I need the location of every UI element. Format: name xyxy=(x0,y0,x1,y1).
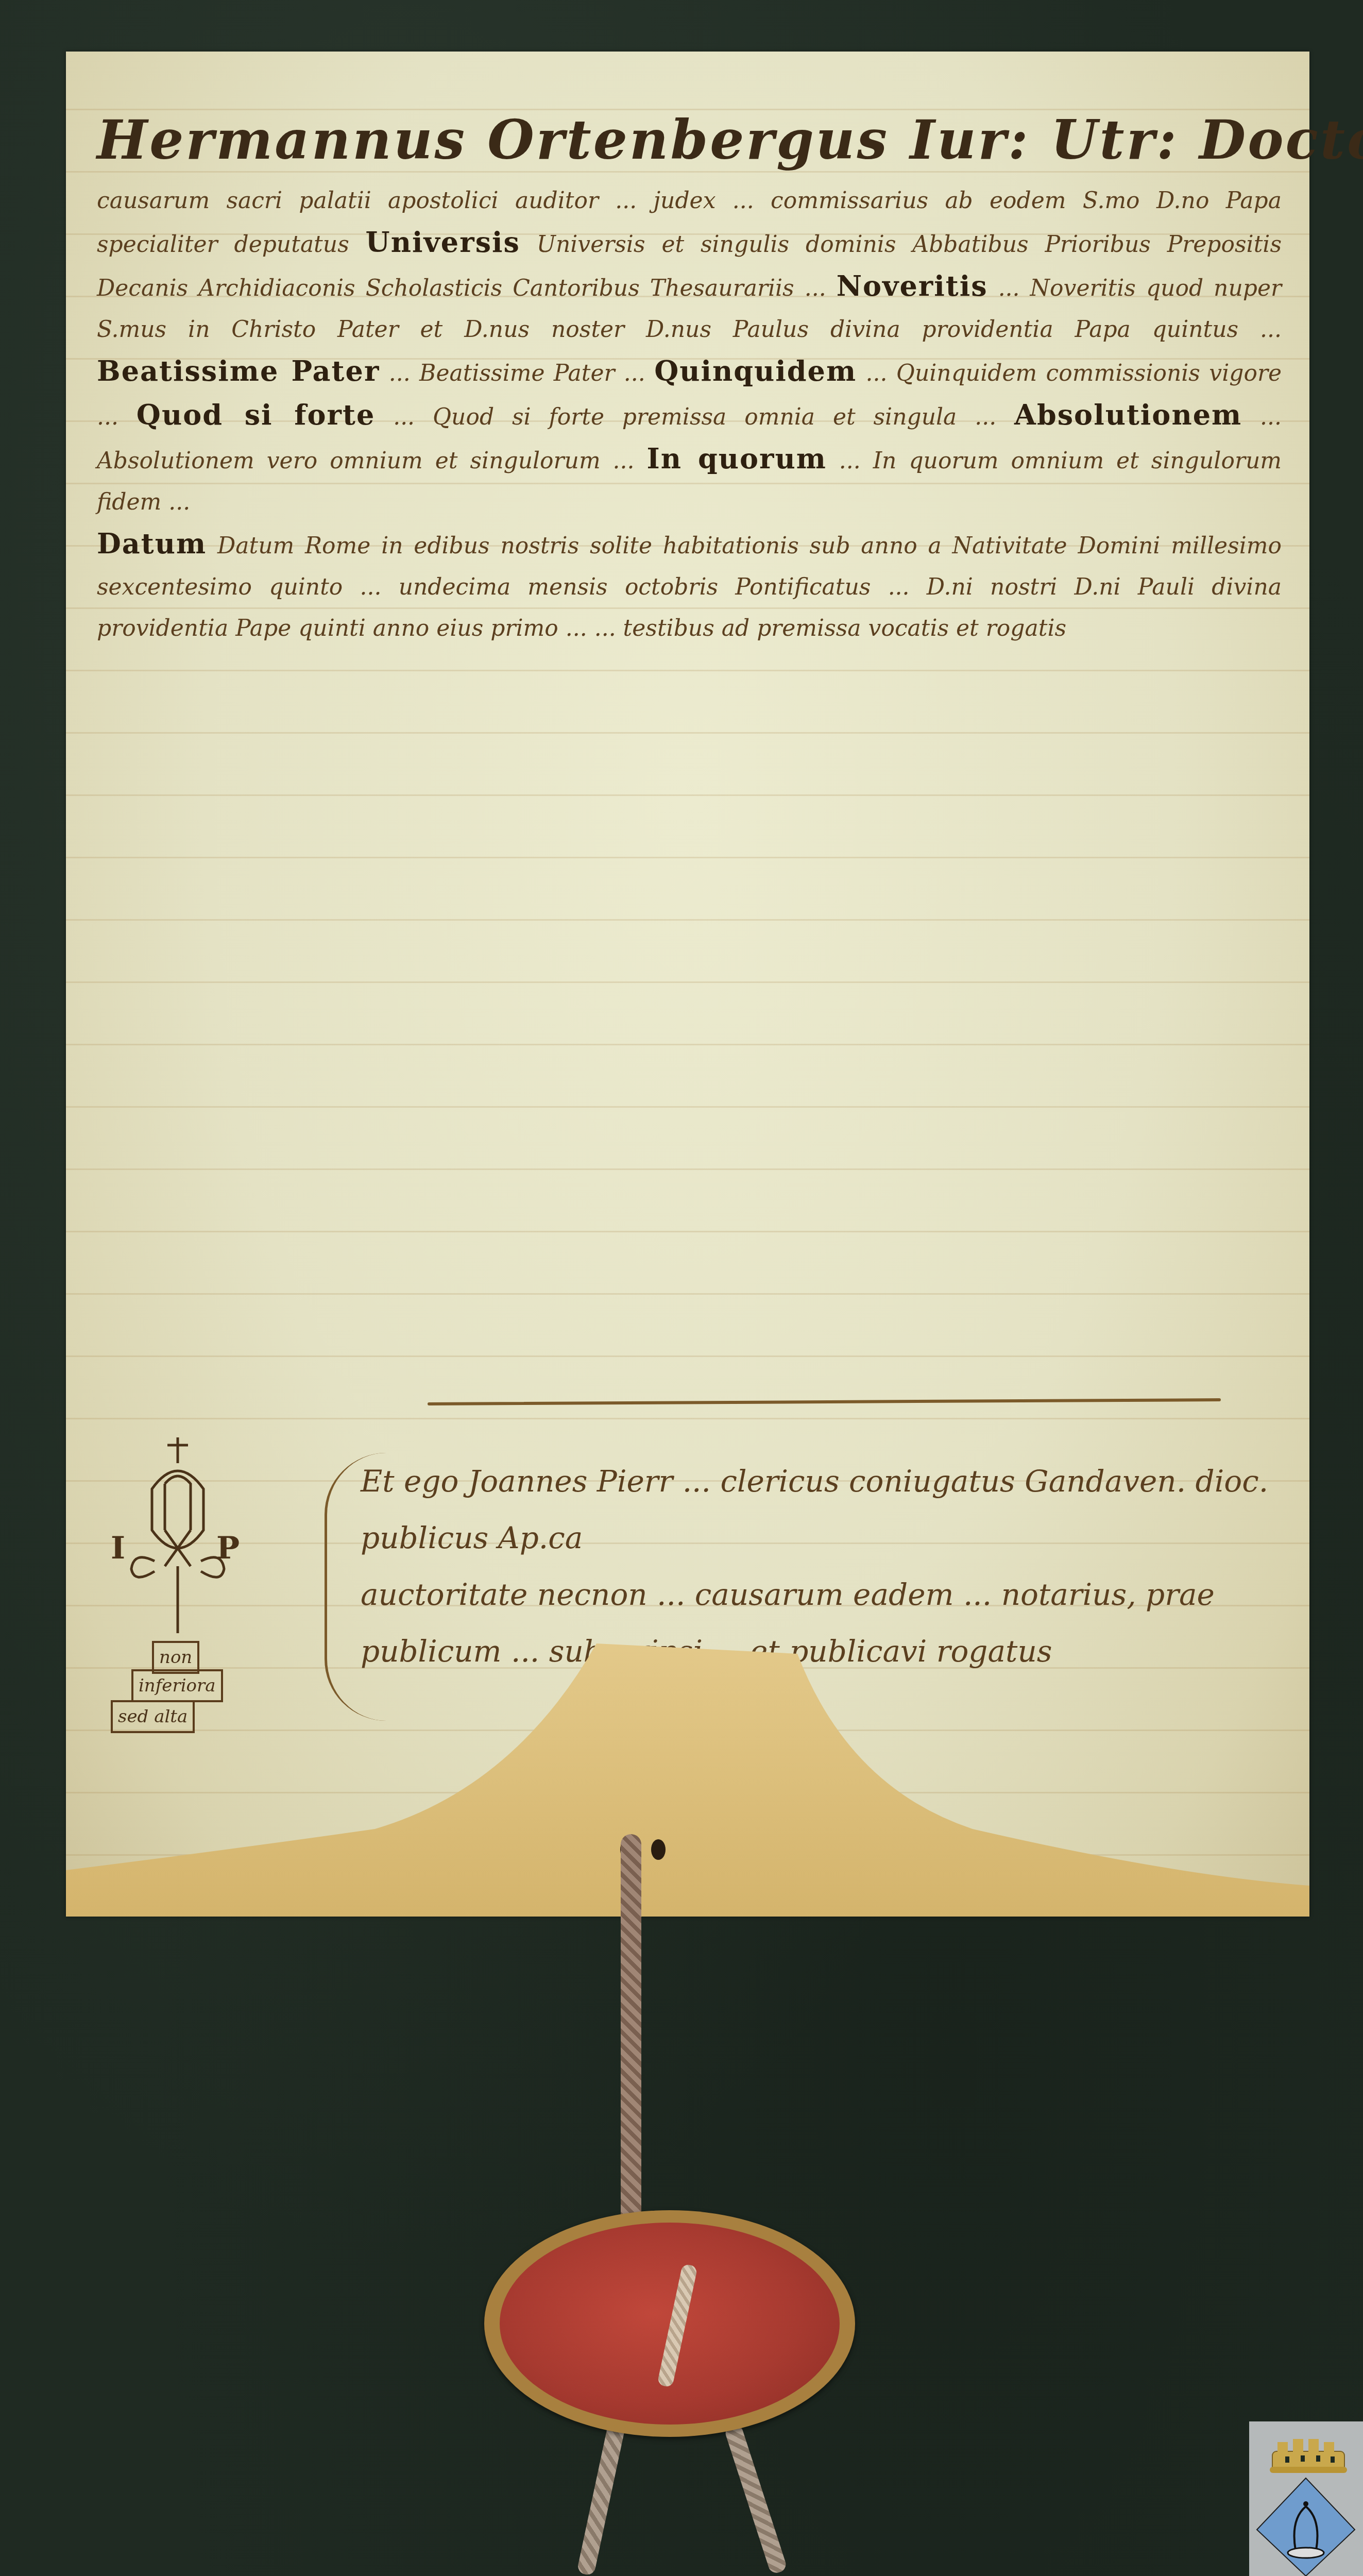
coat-of-arms xyxy=(1249,2421,1363,2576)
heading-name: Hermannus Ortenbergus xyxy=(97,108,889,172)
notary-initial-p: P xyxy=(216,1530,240,1566)
display-word: Datum xyxy=(97,527,207,560)
body-excerpt: ... Quod si forte premissa omnia et sing… xyxy=(393,404,996,430)
display-word: Beatissime Pater xyxy=(97,354,380,387)
fountain-shield-icon xyxy=(1257,2478,1355,2576)
seal-cord xyxy=(621,1834,641,2277)
wax-seal xyxy=(484,2210,855,2437)
notary-initial-i: I xyxy=(111,1530,125,1566)
display-word: Quod si forte xyxy=(137,398,375,431)
display-word: In quorum xyxy=(647,442,827,475)
subscription-line: auctoritate necnon ... causarum eadem ..… xyxy=(361,1566,1288,1623)
body-excerpt: ... Beatissime Pater ... xyxy=(389,360,645,386)
display-word: Absolutionem xyxy=(1014,398,1242,431)
mural-crown-icon xyxy=(1270,2439,1347,2473)
display-word: Quinquidem xyxy=(654,354,857,387)
display-word: Noveritis xyxy=(837,269,988,302)
coat-of-arms-icon xyxy=(1249,2421,1363,2576)
subscription-line: Et ego Joannes Pierr ... clericus coniug… xyxy=(361,1453,1288,1566)
heading-title: Iur: Utr: Doctor S.mi D.ni Pape Capell. xyxy=(910,108,1363,172)
document-heading: Hermannus Ortenbergus Iur: Utr: Doctor S… xyxy=(97,108,1302,172)
body-excerpt: ... testibus ad premissa vocatis et roga… xyxy=(594,615,1066,641)
seal-cord-embedded xyxy=(657,2264,697,2388)
plica-flap xyxy=(66,1633,1309,1917)
display-word: Universis xyxy=(366,226,520,259)
seal-wax-disc xyxy=(500,2223,840,2425)
charter-body: causarum sacri palatii apostolici audito… xyxy=(97,180,1282,649)
